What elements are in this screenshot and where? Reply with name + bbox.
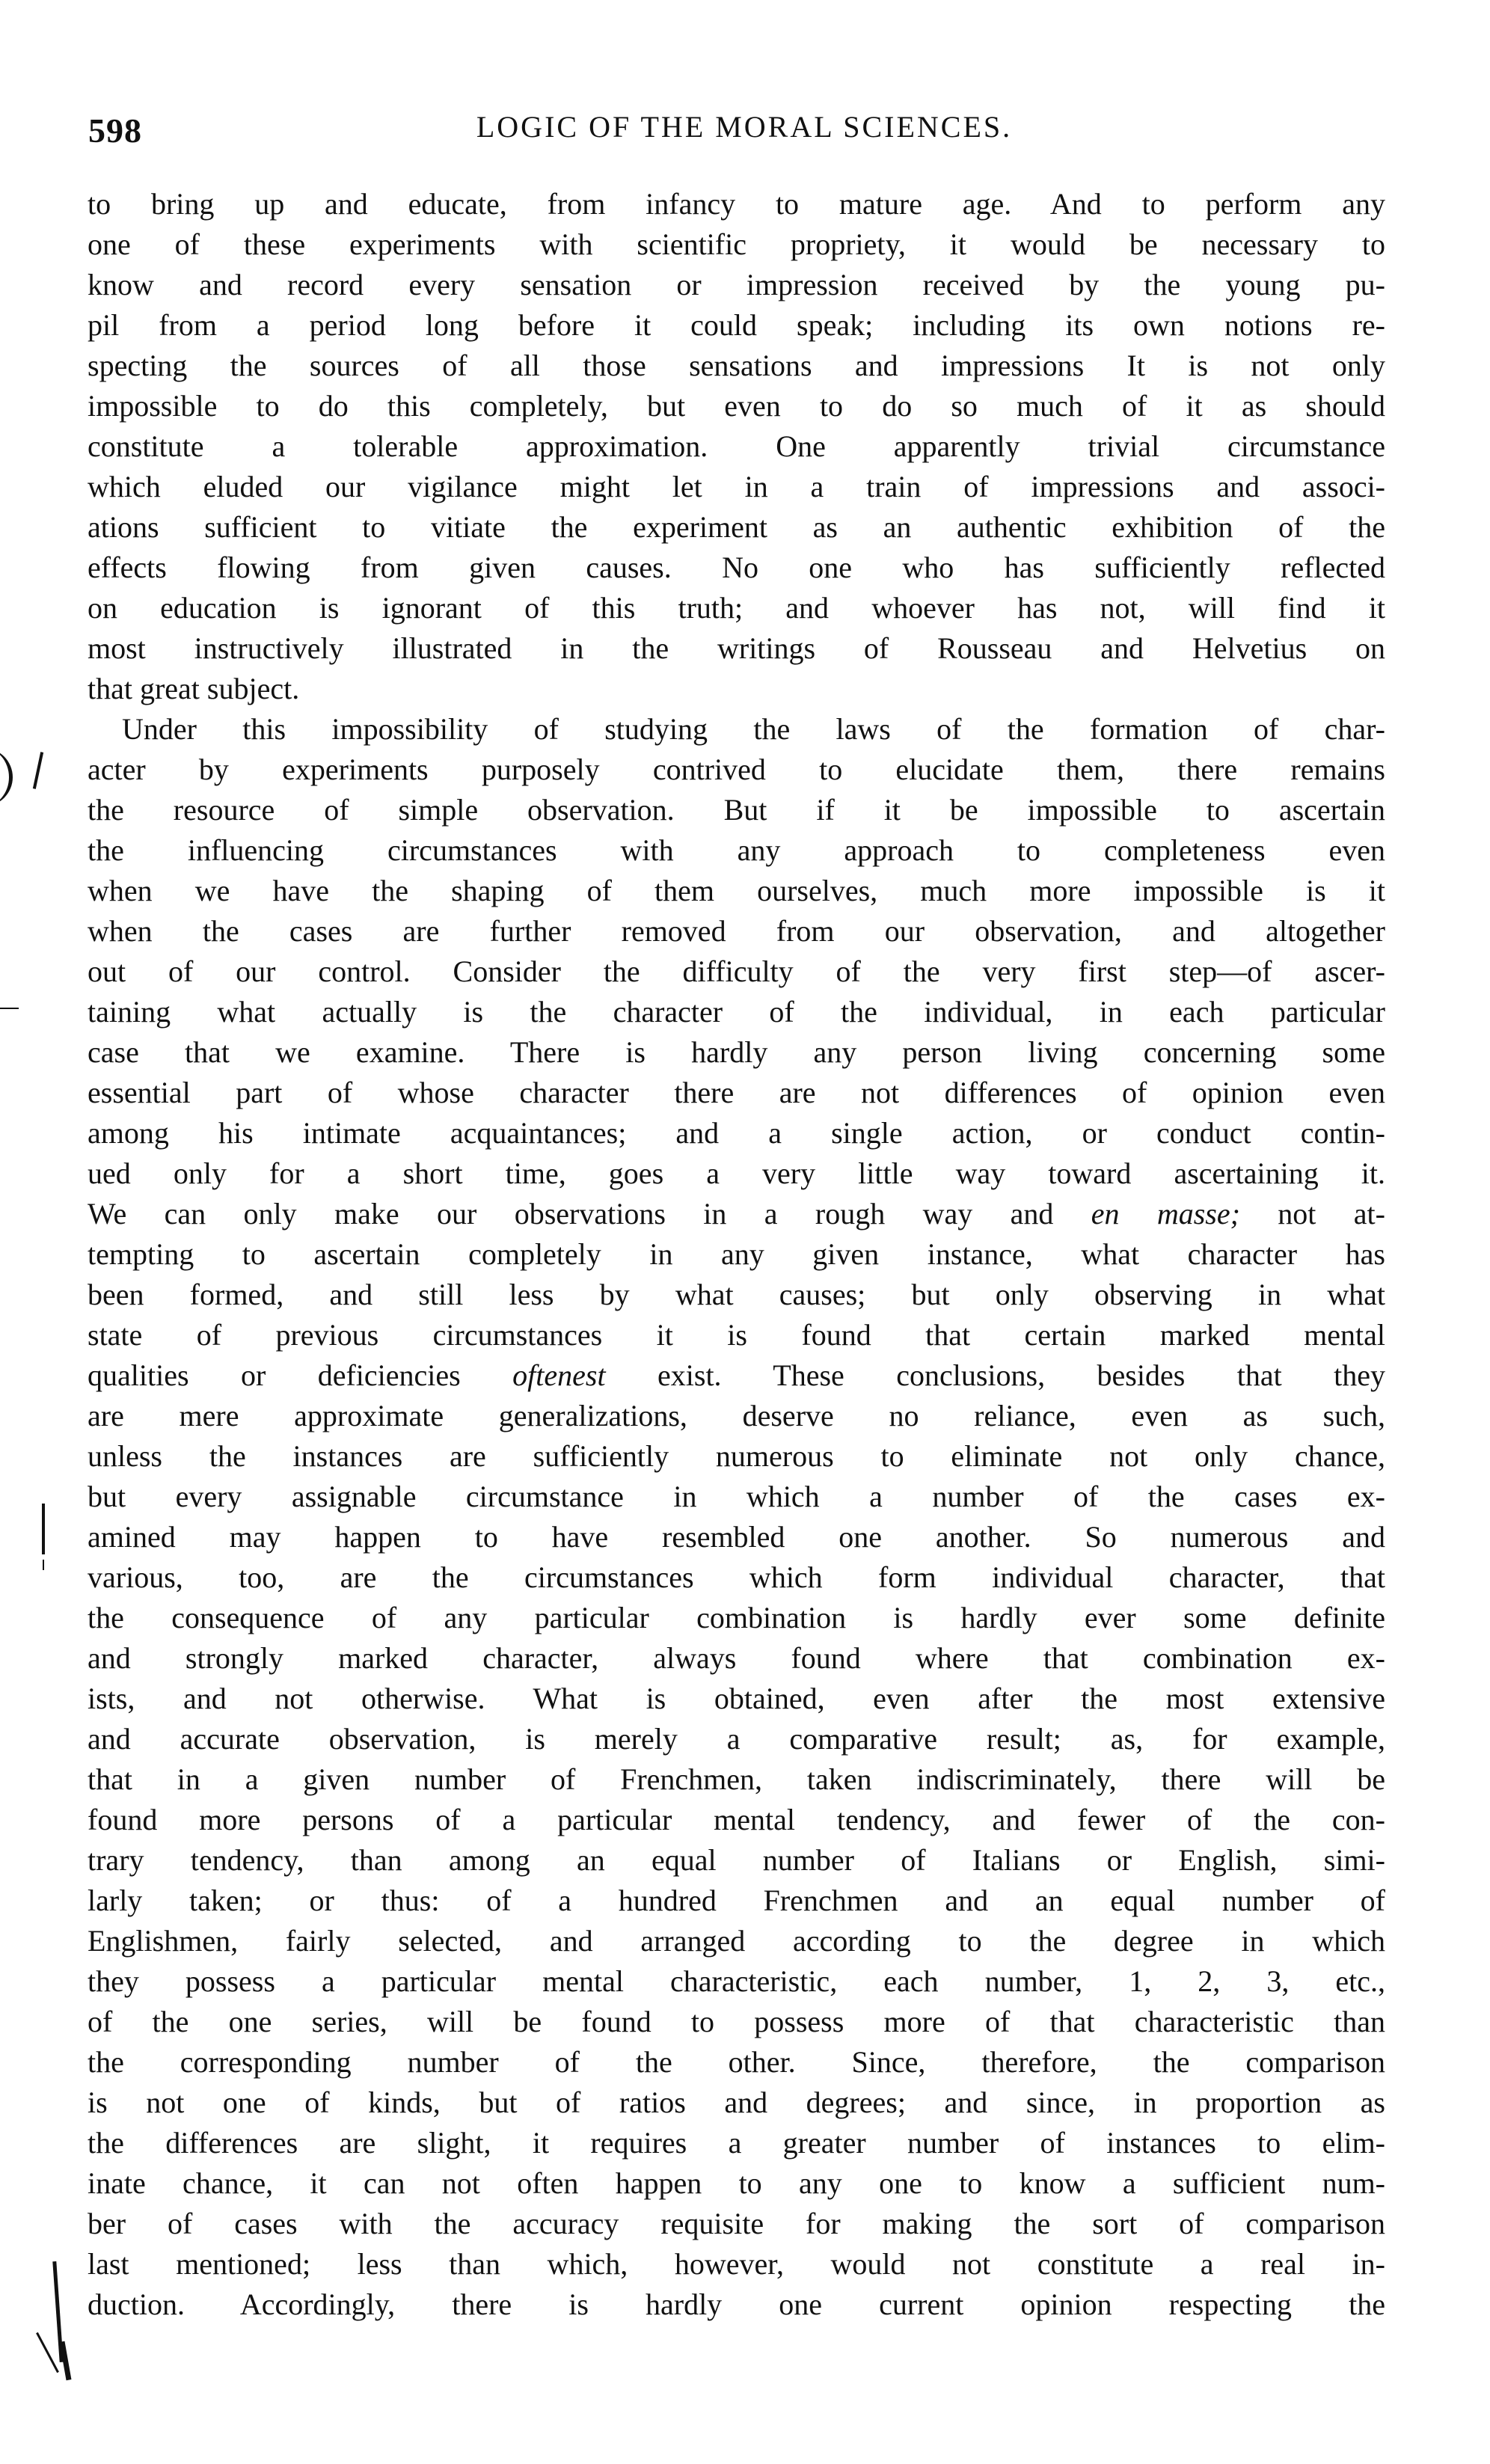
text-line: the differences are slight, it requires … [88, 2123, 1385, 2163]
text-line: amined may happen to have resembled one … [88, 1517, 1385, 1557]
text-line: Under this impossibility of studying the… [122, 709, 1385, 750]
text-line: but every assignable circumstance in whi… [88, 1477, 1385, 1517]
text-line: which eluded our vigilance might let in … [88, 467, 1385, 507]
text-line: essential part of whose character there … [88, 1073, 1385, 1113]
text-line: constitute a tolerable approximation. On… [88, 426, 1385, 467]
margin-slash-mark [33, 752, 43, 789]
text-line: the consequence of any particular combin… [88, 1598, 1385, 1638]
text-line: tempting to ascertain completely in any … [88, 1234, 1385, 1275]
text-line: that in a given number of Frenchmen, tak… [88, 1759, 1385, 1800]
text-segment: not at- [1240, 1197, 1385, 1231]
text-line: is not one of kinds, but of ratios and d… [88, 2083, 1385, 2123]
text-line: Englishmen, fairly selected, and arrange… [88, 1921, 1385, 1961]
running-title: LOGIC OF THE MORAL SCIENCES. [449, 109, 1040, 144]
text-line: found more persons of a particular menta… [88, 1800, 1385, 1840]
text-line: when the cases are further removed from … [88, 911, 1385, 951]
text-line: last mentioned; less than which, however… [88, 2244, 1385, 2284]
text-line: are mere approximate generalizations, de… [88, 1396, 1385, 1436]
margin-vertical-mark-small [43, 1560, 44, 1570]
text-line: state of previous circumstances it is fo… [88, 1315, 1385, 1355]
text-line: duction. Accordingly, there is hardly on… [88, 2284, 1385, 2325]
text-line: various, too, are the circumstances whic… [88, 1557, 1385, 1598]
text-line: of the one series, will be found to poss… [88, 2002, 1385, 2042]
text-line: the influencing circumstances with any a… [88, 830, 1385, 871]
margin-bracket-mark [0, 748, 13, 806]
text-line: to bring up and educate, from infancy to… [88, 184, 1385, 224]
text-line: case that we examine. There is hardly an… [88, 1032, 1385, 1073]
text-line: out of our control. Consider the difficu… [88, 951, 1385, 992]
text-line: and strongly marked character, always fo… [88, 1638, 1385, 1679]
text-line: the corresponding number of the other. S… [88, 2042, 1385, 2083]
text-line: the resource of simple observation. But … [88, 790, 1385, 830]
text-line: they possess a particular mental charact… [88, 1961, 1385, 2002]
margin-dash-mark [0, 1008, 19, 1009]
text-line: most instructively illustrated in the wr… [88, 628, 1385, 669]
italic-text: en masse; [1091, 1197, 1240, 1231]
margin-arrow-head-mark [36, 2332, 59, 2373]
text-line: pil from a period long before it could s… [88, 305, 1385, 346]
text-line: ued only for a short time, goes a very l… [88, 1153, 1385, 1194]
text-line: taining what actually is the character o… [88, 992, 1385, 1032]
text-line: that great subject. [88, 669, 1385, 709]
text-line: acter by experiments purposely contrived… [88, 750, 1385, 790]
text-line: trary tendency, than among an equal numb… [88, 1840, 1385, 1881]
text-line: ations sufficient to vitiate the experim… [88, 507, 1385, 548]
margin-vertical-mark [42, 1504, 45, 1554]
text-line: inate chance, it can not often happen to… [88, 2163, 1385, 2204]
text-line: ists, and not otherwise. What is obtaine… [88, 1679, 1385, 1719]
text-line: been formed, and still less by what caus… [88, 1275, 1385, 1315]
text-line: larly taken; or thus: of a hundred Frenc… [88, 1881, 1385, 1921]
text-line: qualities or deficiencies oftenest exist… [88, 1355, 1385, 1396]
text-line: and accurate observation, is merely a co… [88, 1719, 1385, 1759]
text-line: ber of cases with the accuracy requisite… [88, 2204, 1385, 2244]
text-line: unless the instances are sufficiently nu… [88, 1436, 1385, 1477]
text-line: We can only make our observations in a r… [88, 1194, 1385, 1234]
text-line: on education is ignorant of this truth; … [88, 588, 1385, 628]
text-line: among his intimate acquaintances; and a … [88, 1113, 1385, 1153]
italic-text: oftenest [512, 1358, 605, 1392]
text-line: effects flowing from given causes. No on… [88, 548, 1385, 588]
text-line: know and record every sensation or impre… [88, 265, 1385, 305]
text-line: when we have the shaping of them ourselv… [88, 871, 1385, 911]
text-segment: qualities or deficiencies [88, 1358, 512, 1392]
text-segment: We can only make our observations in a r… [88, 1197, 1091, 1231]
page-number: 598 [88, 111, 142, 150]
text-line: one of these experiments with scientific… [88, 224, 1385, 265]
book-page: 598 LOGIC OF THE MORAL SCIENCES. to brin… [0, 0, 1490, 2464]
text-line: specting the sources of all those sensat… [88, 346, 1385, 386]
text-segment: exist. These conclusions, besides that t… [606, 1358, 1385, 1392]
text-line: impossible to do this completely, but ev… [88, 386, 1385, 426]
